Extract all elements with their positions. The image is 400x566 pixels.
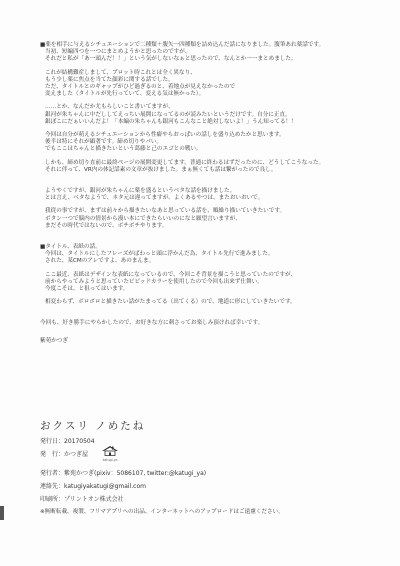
text-line: 銀ぽこにだぁいいんだよ！「本編の朱ちゃんも銀河もこんなこと絶対しないよ！」うん知… xyxy=(45,119,370,126)
afterword-paragraph: 今回は自分が萌えるシチュエーションから性癖やらおっぱいの話しを盛り込めたかと思い… xyxy=(40,132,370,154)
book-page: ■薬を相手に与えるシチュエーションで二種類＋腹矢一四種類を詰め込んだ話になりまし… xyxy=(0,0,400,566)
binding-edge-mark xyxy=(0,506,4,520)
author-label: 発行者： xyxy=(40,470,64,477)
book-title: おクスリ ノめたね xyxy=(40,418,370,433)
text-line: しかも、締め切り直前に最終ページの展開変更してます。普通に終わるはずだったのに、… xyxy=(45,160,370,167)
text-line: とは言え、ベタなようで、ネタ元は違ってますが、よくあるやつは、またおいおいで。 xyxy=(45,195,370,202)
publish-date: 20170504 xyxy=(64,438,95,445)
publisher: かつぎ屋 xyxy=(64,451,88,458)
text-line: でもここはちゃんと描きたいという葛藤と己のエゴとの戦い。 xyxy=(45,146,370,153)
text-line: これが結構難産しまして、プロット時これとは全く異なり、 xyxy=(45,70,370,77)
text-line: 銀河が朱ちゃんに中だししてえっちい展開になってるのが読みたいというだけです。自分… xyxy=(45,112,370,119)
printer: プリントオン株式会社 xyxy=(64,496,124,503)
text-line: 我従の事ですが、まずは前々から描きたいなあと思っている話を、順繰り描いていきたい… xyxy=(45,208,370,215)
text-line: 今度こそは、と狙ってはいます。 xyxy=(45,286,370,293)
text-line: もう少し薬に焦点を当てた顔彩に関する話でした。 xyxy=(45,77,370,84)
text-line: ……とか、なんだか尤もらしいこと書いてますが、 xyxy=(45,104,370,111)
closing-line: 今回も、好き勝手にやらかしたので、お好きな方に刺さってお楽しみ頂ければ幸いです。 xyxy=(40,320,370,327)
publish-date-row: 発行日：20170504 xyxy=(40,438,370,445)
text-line: まだその時代ではないので、ボチボチやります。 xyxy=(45,223,370,230)
contact-email: katugiyakatugi@gmail.com xyxy=(64,483,146,490)
afterword: ■薬を相手に与えるシチュエーションで二種類＋腹矢一四種類を詰め込んだ話になりまし… xyxy=(40,42,370,351)
signature: 紫苑かつぎ xyxy=(40,338,370,345)
section-gap xyxy=(40,180,370,188)
section-gap xyxy=(40,236,370,244)
contact-label: 連絡先： xyxy=(40,483,64,490)
text-line: された、某CMのアレですよ、あのまんま。 xyxy=(40,258,370,265)
text-line: ここ最近、表紙はデザインな表紙になっているので、今回こそ背景を描こうと思っていた… xyxy=(45,272,370,279)
afterword-paragraph: ■薬を相手に与えるシチュエーションで二種類＋腹矢一四種類を詰め込んだ話になりまし… xyxy=(40,42,370,64)
text-line: ボタン一つで脳内の情景から漫い本にできたらいいのになと願望言いますが、 xyxy=(45,216,370,223)
text-line: それだと私が「あ一頭んだ！！」という気がしないなぁと思ったので、なんとか一一まと… xyxy=(40,56,370,63)
afterword-paragraph: ここ最近、表紙はデザインな表紙になっているので、今回こそ背景を描こうと思っていた… xyxy=(40,272,370,294)
printer-label: 印刷所： xyxy=(40,496,64,503)
afterword-paragraph: しかも、締め切り直前に最終ページの展開変更してます。普通に終わるはずだったのに、… xyxy=(40,160,370,174)
afterword-paragraph: 我従の事ですが、まずは前々から描きたいなあと思っている話を、順繰り描いていきたい… xyxy=(40,208,370,230)
text-line: 前からやってみようと思っていたビビッドカラーを使用したので今回も出来ず仕舞い。 xyxy=(45,279,370,286)
colophon: おクスリ ノめたね 発行日：20170504 発 行：かつぎ屋 katugi-y… xyxy=(40,418,370,522)
afterword-paragraph: ようやくですが、銀河が朱ちゃんに薬を盛るというベタな話を描けました。 とは言え、… xyxy=(40,188,370,202)
house-logo-icon: katugi-ya xyxy=(100,445,120,464)
afterword-paragraph: ……とか、なんだか尤もらしいこと書いてますが、 銀河が朱ちゃんに中だししてえっち… xyxy=(40,104,370,126)
author: 紫苑かつぎ(pixiv：5086107, twitter:@katugi_ya) xyxy=(64,470,206,477)
text-line: それに伴って、VR内の体記話素の文章が抜けました。まぁ無くても話は繋がったので良… xyxy=(45,167,370,174)
afterword-paragraph: 相変わらず、ボロボロと描きたい話がたまってる（出てくる）ので、地道に形にしていき… xyxy=(40,299,370,306)
afterword-paragraph: ■タイトル、表紙の話。 今回は、タイトルにしたフレーズがぱわっと頭に浮かんだ為、… xyxy=(40,244,370,266)
afterword-paragraph: これが結構難産しまして、プロット時これとは全く異なり、 もう少し薬に焦点を当てた… xyxy=(40,70,370,99)
contact-row: 連絡先：katugiyakatugi@gmail.com xyxy=(40,483,370,490)
printer-row: 印刷所：プリントオン株式会社 xyxy=(40,496,370,503)
author-row: 発行者：紫苑かつぎ(pixiv：5086107, twitter:@katugi… xyxy=(40,470,370,477)
text-line: 変えました（タイトルが先行っていて、変える気は無かった）。 xyxy=(45,91,370,98)
publisher-label: 発 行： xyxy=(40,451,64,458)
publisher-row: 発 行：かつぎ屋 katugi-ya xyxy=(40,451,370,464)
logo-text: katugi-ya xyxy=(100,457,120,464)
copyright-notice: ※無断転載、複製、フリマアプリへの出品、インターネットへのアップロードはご遠慮く… xyxy=(40,509,370,516)
text-line: 相変わらず、ボロボロと描きたい話がたまってる（出てくる）ので、地道に形にしていき… xyxy=(45,299,370,306)
publish-date-label: 発行日： xyxy=(40,438,64,445)
